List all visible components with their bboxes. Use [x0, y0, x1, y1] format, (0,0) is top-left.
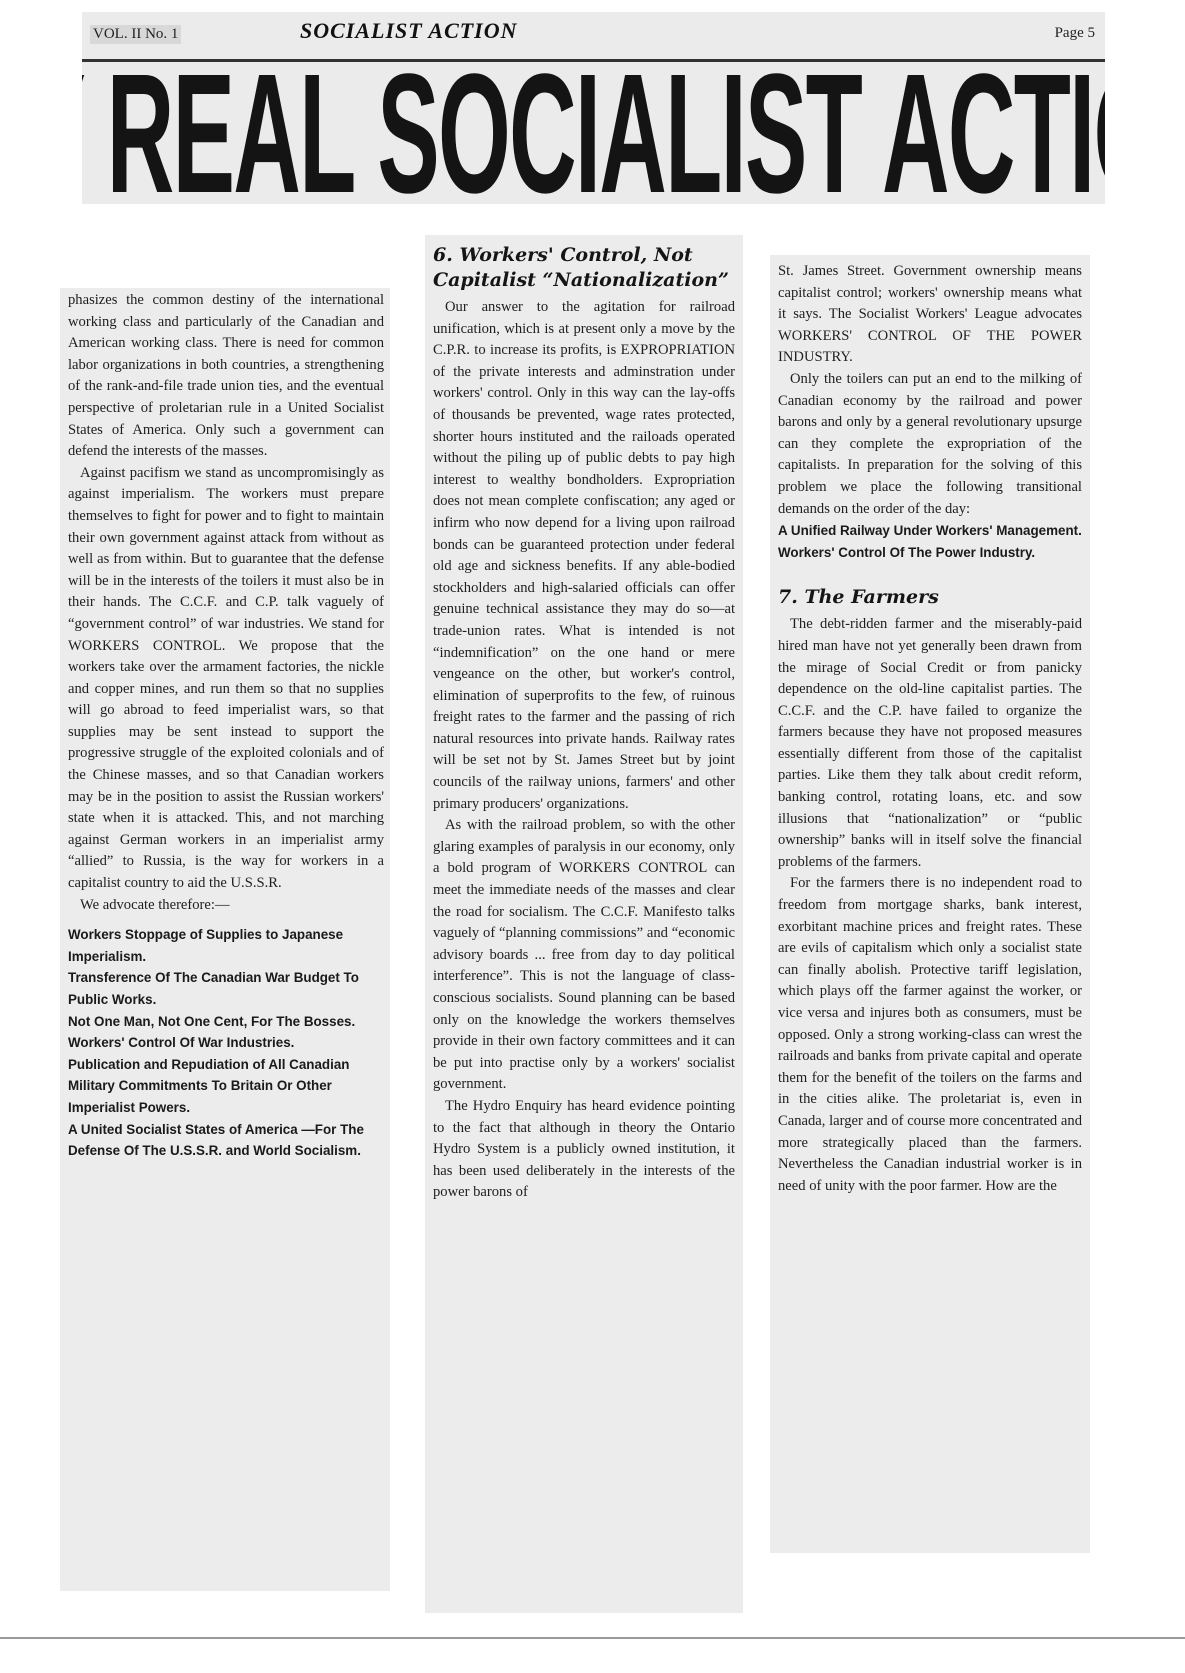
section-heading: 6. Workers' Control, Not Capitalist “Nat… — [433, 243, 735, 293]
paragraph: The debt-ridden farmer and the miserably… — [778, 614, 1082, 873]
paragraph: We advocate therefore:— — [68, 895, 384, 917]
headline: BY REAL SOCIALIST ACTION — [82, 64, 1105, 204]
paragraph: Against pacifism we stand as uncompromis… — [68, 463, 384, 895]
demand-item: A Unified Railway Under Workers' Managem… — [778, 520, 1082, 542]
demand-item: Publication and Repudiation of All Canad… — [68, 1054, 384, 1119]
column-2: 6. Workers' Control, Not Capitalist “Nat… — [425, 235, 743, 1613]
paragraph: The Hydro Enquiry has heard evidence poi… — [433, 1096, 735, 1204]
demands-list: Workers Stoppage of Supplies to Japanese… — [68, 924, 384, 1162]
page-number: Page 5 — [1055, 25, 1095, 42]
demands-list: A Unified Railway Under Workers' Managem… — [778, 520, 1082, 563]
masthead-top-bar: VOL. II No. 1 SOCIALIST ACTION Page 5 — [82, 12, 1105, 52]
paper-name: SOCIALIST ACTION — [300, 18, 518, 44]
demand-item: Not One Man, Not One Cent, For The Bosse… — [68, 1011, 384, 1033]
demand-item: Transference Of The Canadian War Budget … — [68, 967, 384, 1010]
masthead-rule — [82, 59, 1105, 62]
paragraph: Our answer to the agitation for railroad… — [433, 297, 735, 815]
paragraph: Only the toilers can put an end to the m… — [778, 369, 1082, 520]
demand-item: A United Socialist States of America —Fo… — [68, 1119, 384, 1162]
page-bottom-rule — [0, 1637, 1185, 1639]
column-3: St. James Street. Government ownership m… — [770, 255, 1090, 1553]
demand-item: Workers' Control Of The Power Industry. — [778, 542, 1082, 564]
masthead: VOL. II No. 1 SOCIALIST ACTION Page 5 BY… — [82, 12, 1105, 204]
volume-label: VOL. II No. 1 — [90, 25, 181, 44]
section-heading: 7. The Farmers — [778, 585, 1082, 610]
demand-item: Workers' Control Of War Industries. — [68, 1032, 384, 1054]
demand-item: Workers Stoppage of Supplies to Japanese… — [68, 924, 384, 967]
paragraph: phasizes the common destiny of the inter… — [68, 290, 384, 463]
paragraph: For the farmers there is no independent … — [778, 873, 1082, 1197]
headline-banner: BY REAL SOCIALIST ACTION — [82, 64, 1105, 204]
paragraph: St. James Street. Government ownership m… — [778, 261, 1082, 369]
column-1: phasizes the common destiny of the inter… — [60, 288, 390, 1591]
paragraph: As with the railroad problem, so with th… — [433, 815, 735, 1096]
